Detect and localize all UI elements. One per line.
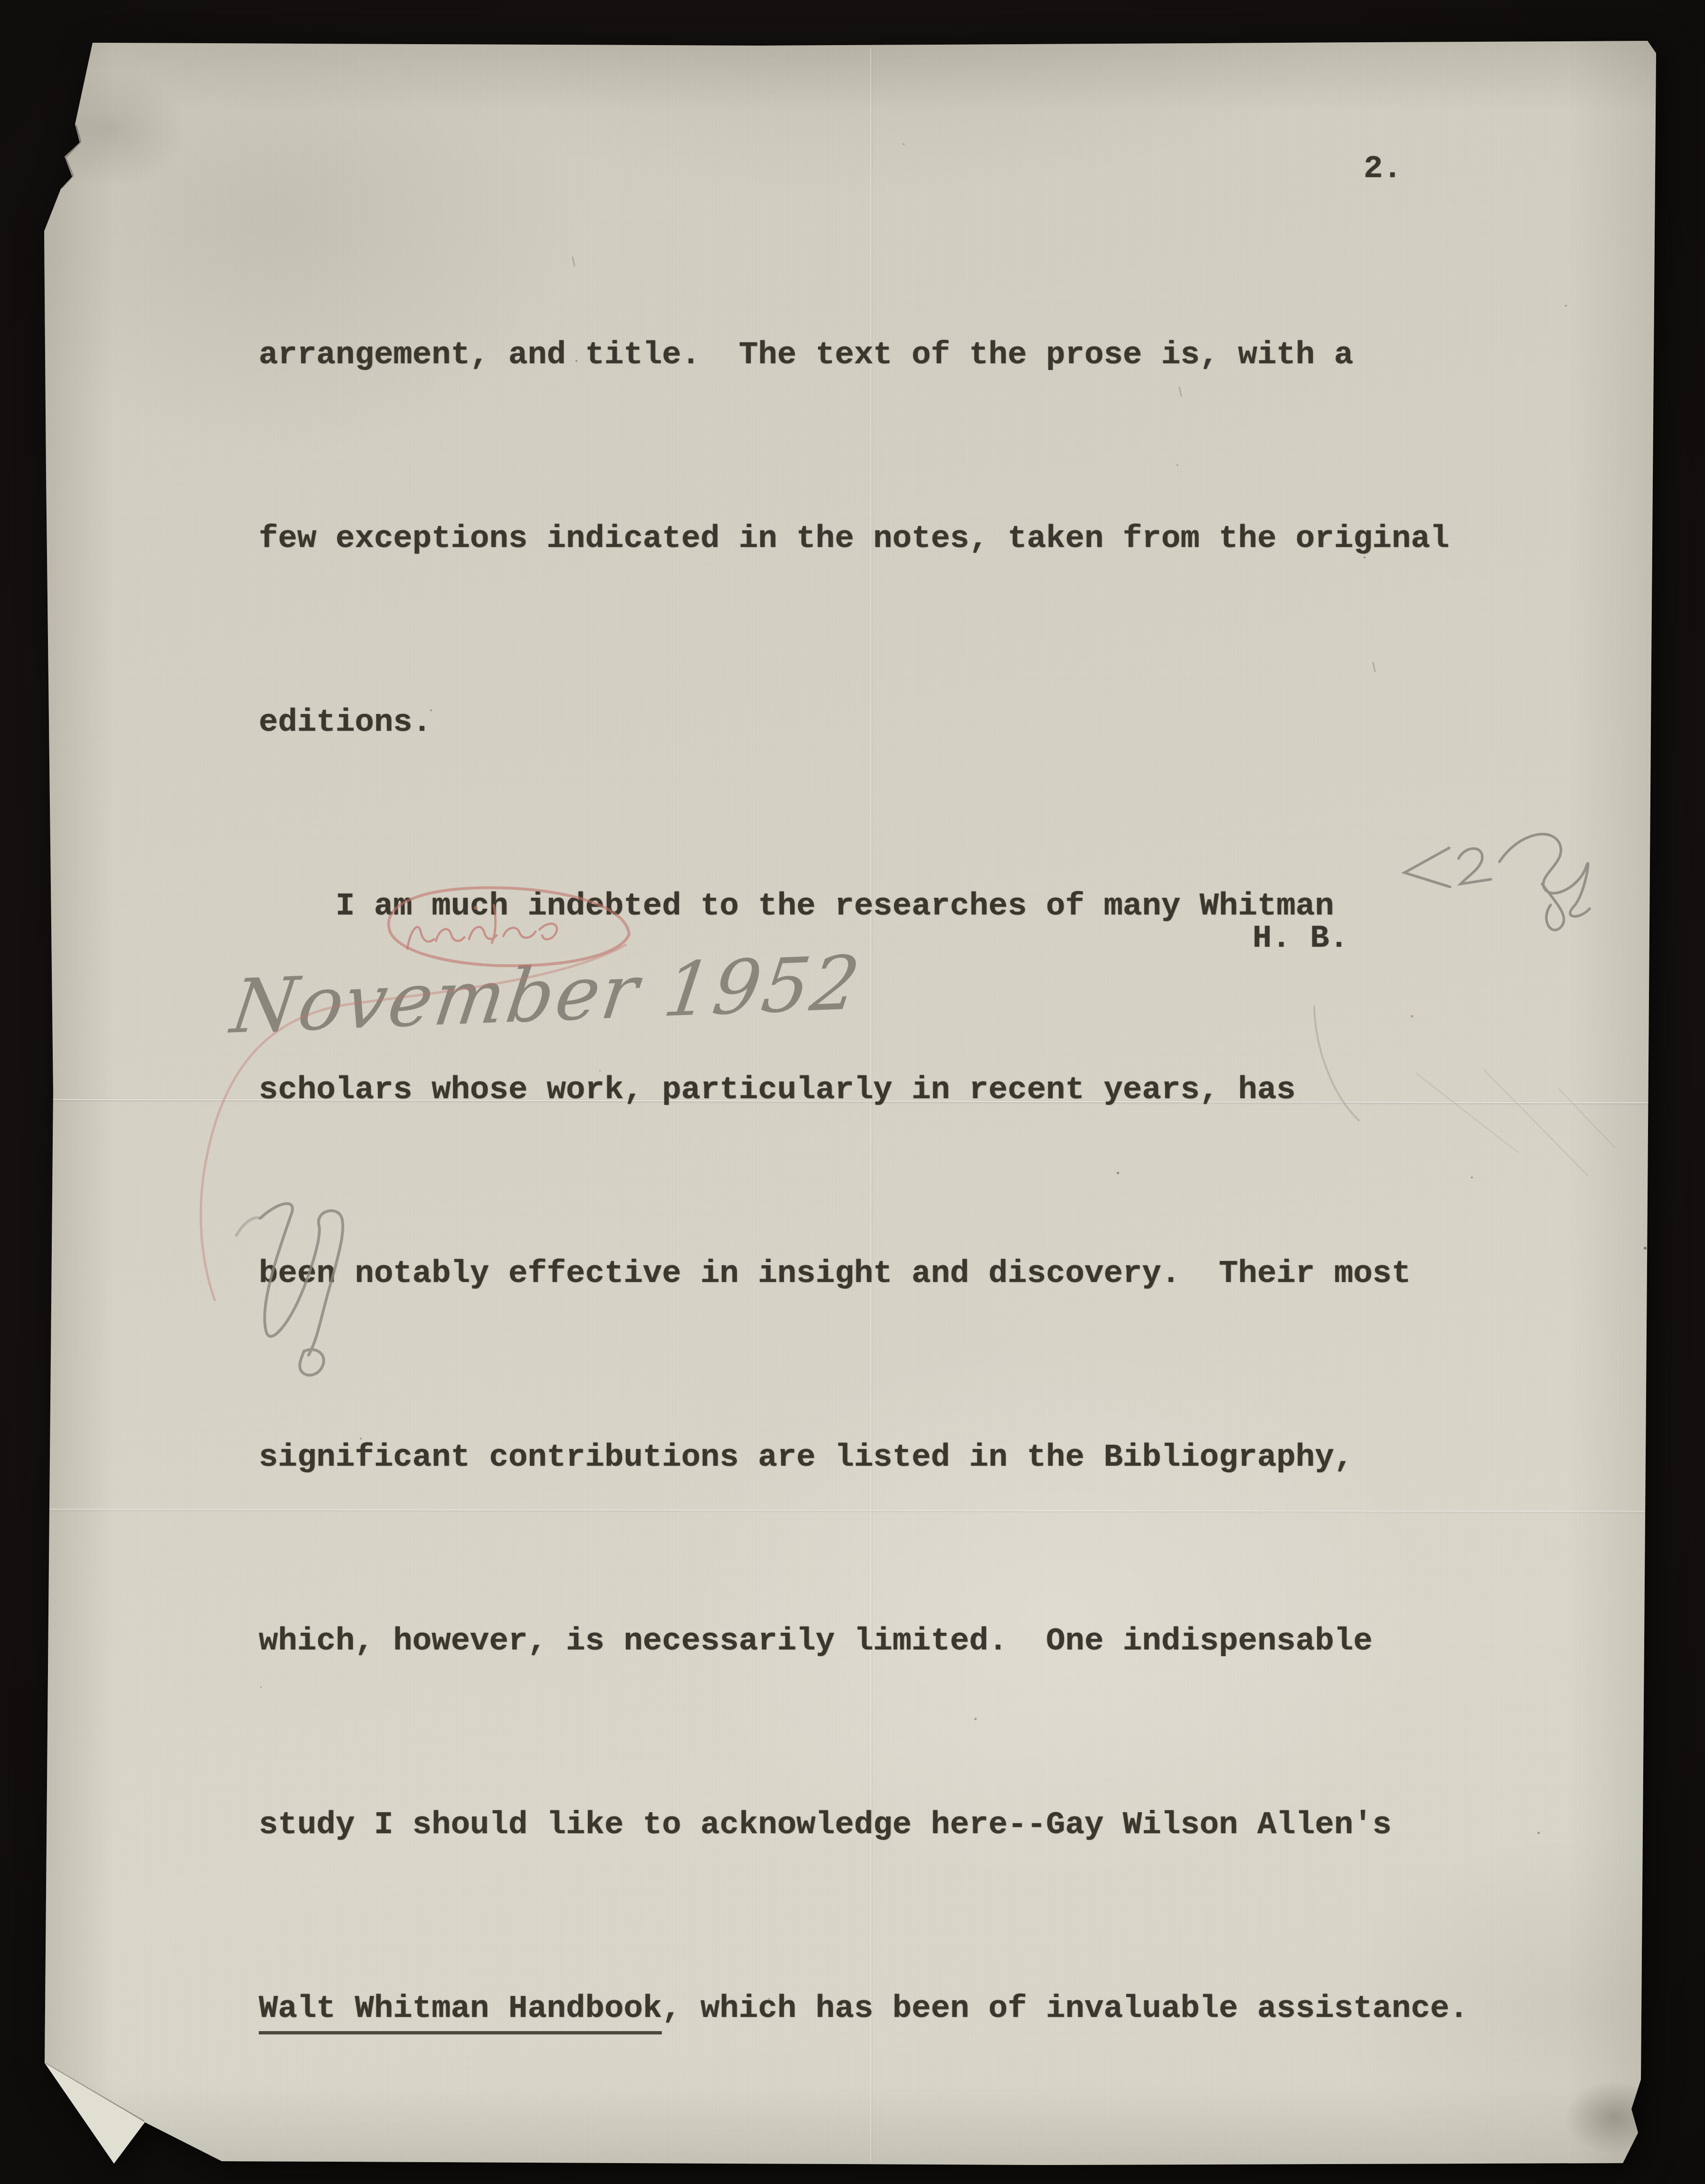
scan-backdrop: 2. arrangement, and title. The text of t… — [0, 0, 1705, 2184]
typed-line: scholars whose work, particularly in rec… — [259, 1060, 1469, 1121]
typed-line: which, however, is necessarily limited. … — [259, 1611, 1469, 1672]
typed-line: study I should like to acknowledge here-… — [259, 1795, 1469, 1856]
typed-line: arrangement, and title. The text of the … — [259, 325, 1469, 386]
fold-crease-line — [46, 2064, 144, 2121]
typed-initials: H. B. — [1253, 908, 1348, 970]
page-number: 2. — [1364, 139, 1402, 200]
handwritten-date: November 1952 — [227, 945, 866, 1044]
typed-text-block: arrangement, and title. The text of the … — [259, 202, 1469, 2162]
typed-line-final-rest: , which has been of invaluable assistanc… — [662, 1991, 1469, 2027]
typed-line: been notably effective in insight and di… — [259, 1243, 1469, 1305]
corner-tear-nick — [62, 125, 81, 188]
typed-line: few exceptions indicated in the notes, t… — [259, 508, 1469, 570]
typed-line: significant contributions are listed in … — [259, 1427, 1469, 1488]
paper-shadow-wrap: 2. arrangement, and title. The text of t… — [0, 0, 1705, 2184]
typed-line-final: Walt Whitman Handbook, which has been of… — [259, 1978, 1469, 2040]
manuscript-page: 2. arrangement, and title. The text of t… — [0, 0, 1705, 2184]
typed-line: editions. — [259, 692, 1469, 753]
underlined-book-title: Walt Whitman Handbook — [259, 1991, 662, 2034]
